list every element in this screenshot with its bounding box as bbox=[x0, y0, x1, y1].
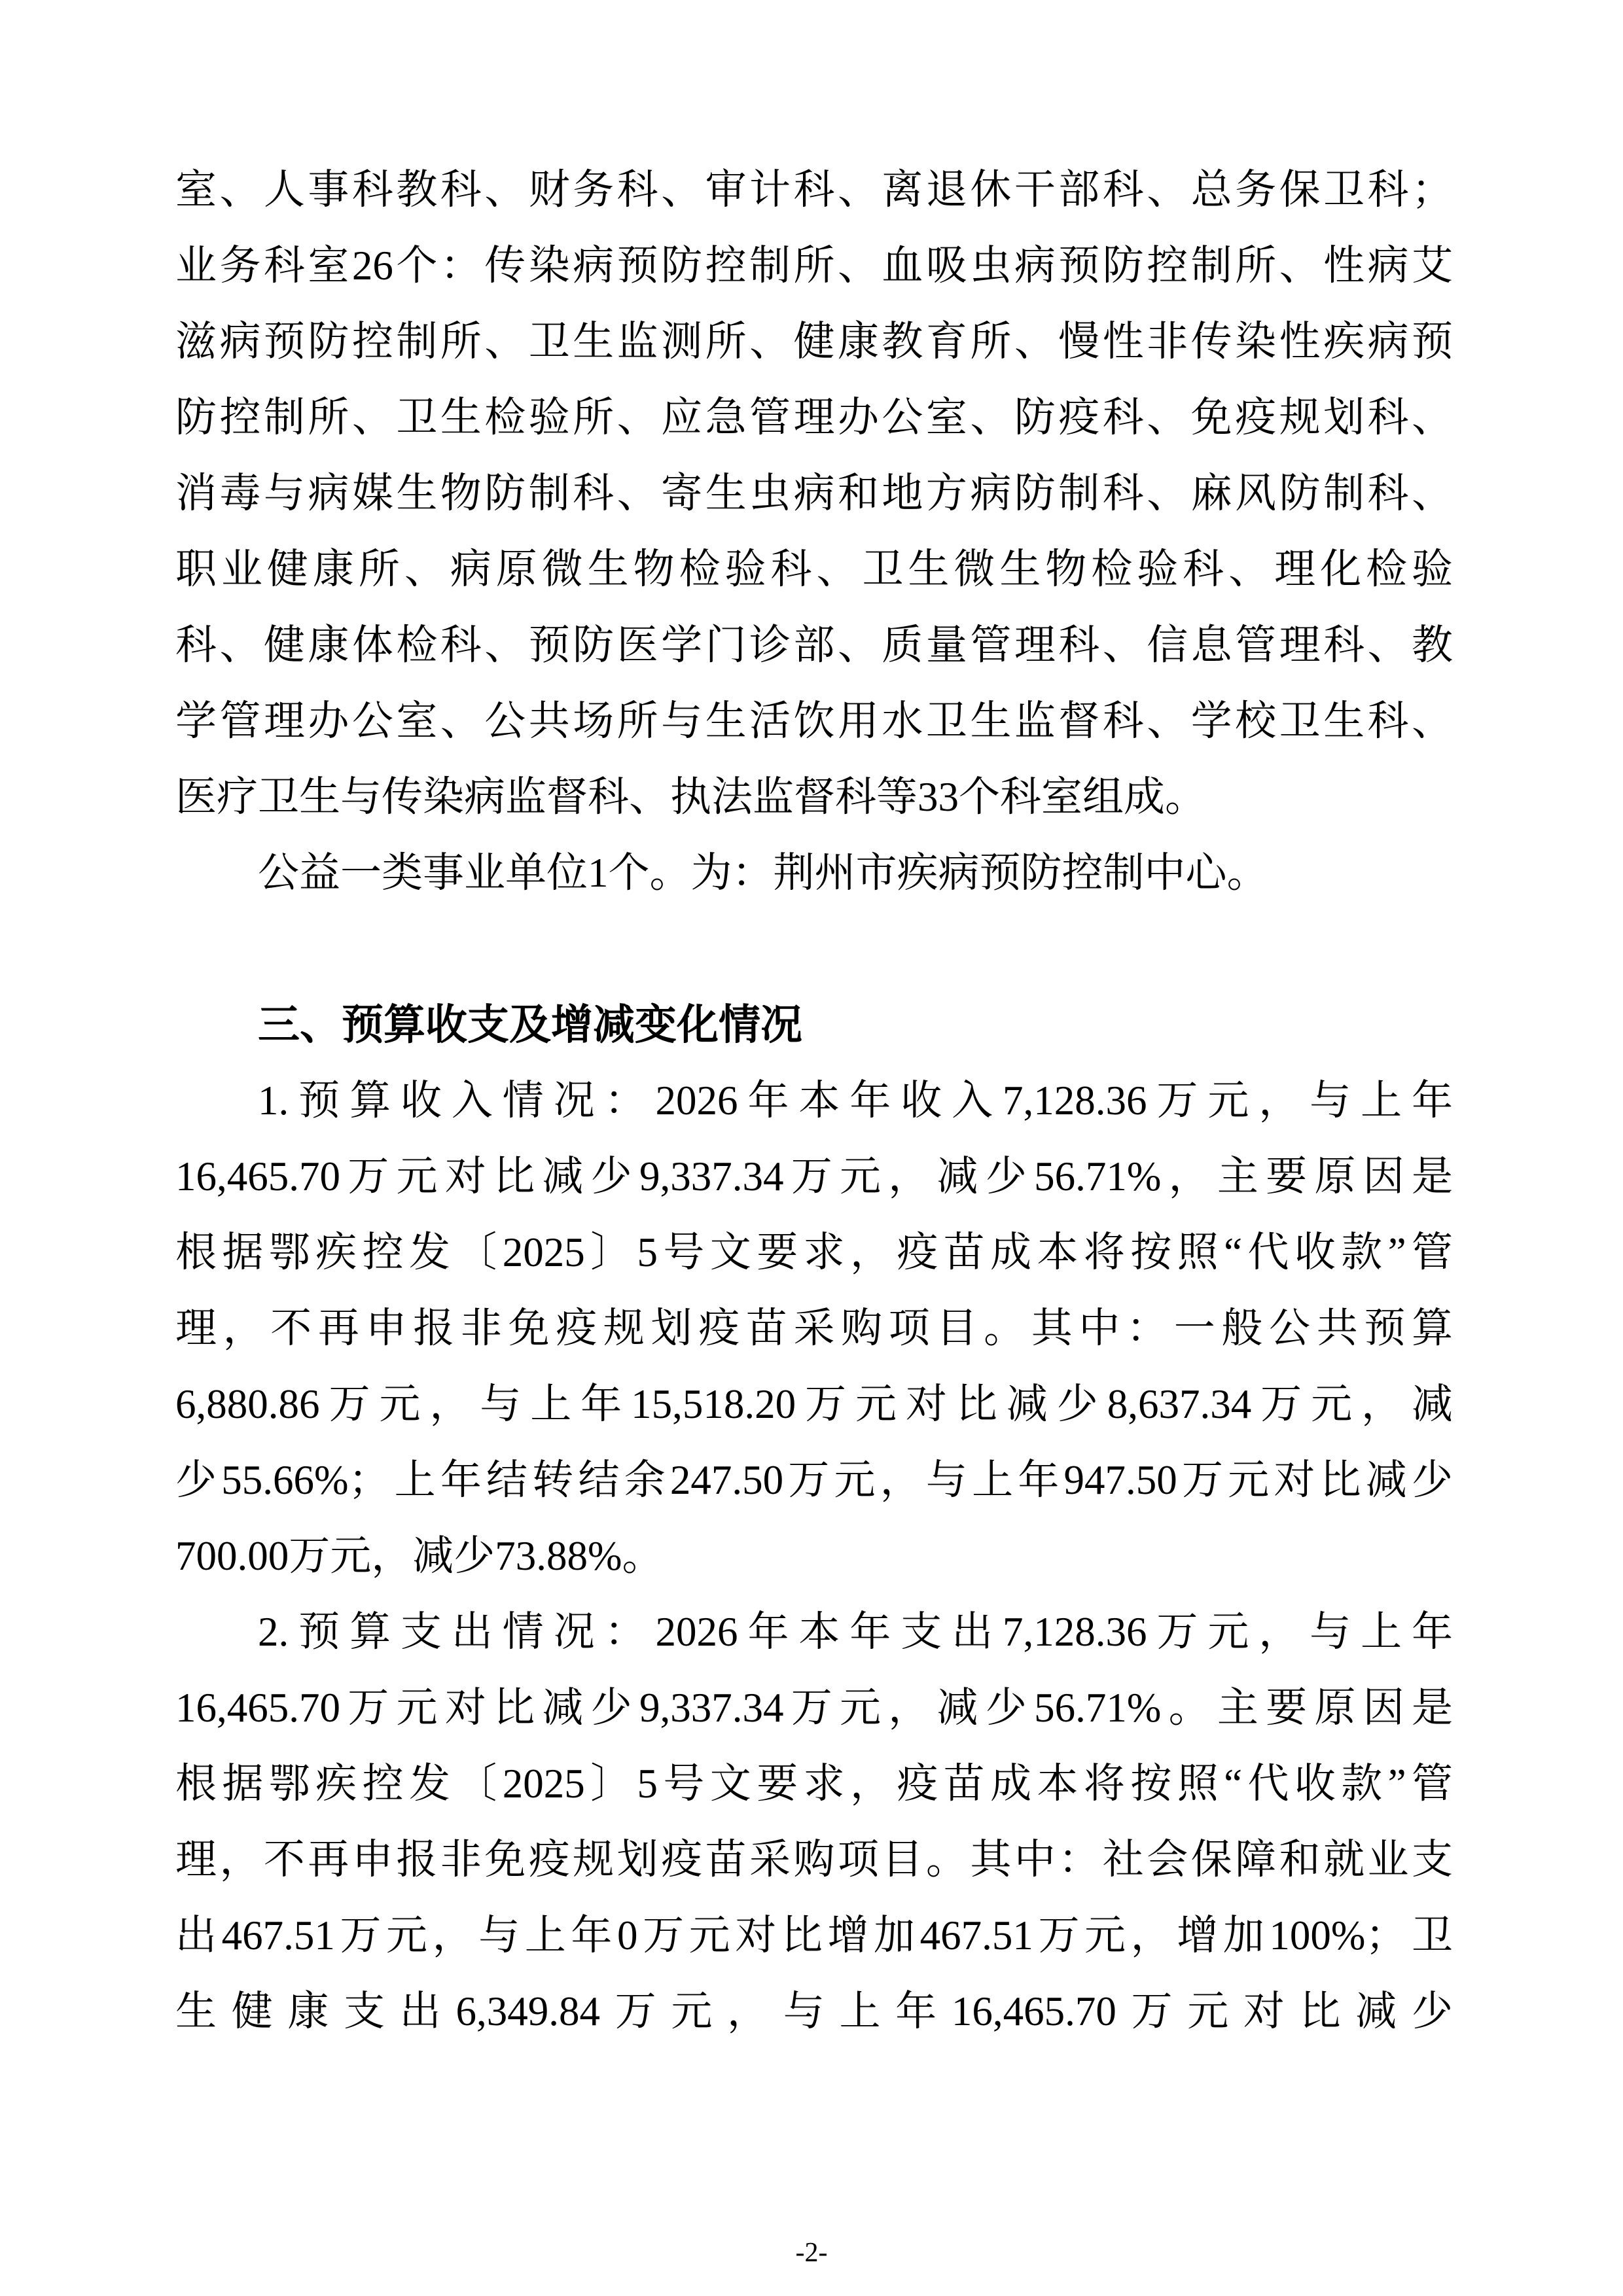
page-number: -2- bbox=[0, 2236, 1623, 2269]
public-institution-line: 公益一类事业单位1个。为：荆州市疾病预防控制中心。 bbox=[175, 835, 1453, 911]
org-structure-line: 防控制所、卫生检验所、应急管理办公室、防疫科、免疫规划科、 bbox=[175, 380, 1453, 455]
org-structure-line: 消毒与病媒生物防制科、寄生虫病和地方病防制科、麻风防制科、 bbox=[175, 455, 1453, 531]
budget-expenditure-line: 根据鄂疾控发〔2025〕5号文要求，疫苗成本将按照“代收款”管 bbox=[175, 1746, 1453, 1822]
org-structure-line: 滋病预防控制所、卫生监测所、健康教育所、慢性非传染性疾病预 bbox=[175, 304, 1453, 380]
document-page-body: 室、人事科教科、财务科、审计科、离退休干部科、总务保卫科； 业务科室26个：传染… bbox=[175, 152, 1453, 2049]
section-heading: 三、预算收支及增减变化情况 bbox=[175, 987, 1453, 1063]
org-structure-line: 业务科室26个：传染病预防控制所、血吸虫病预防控制所、性病艾 bbox=[175, 228, 1453, 304]
org-structure-line: 医疗卫生与传染病监督科、执法监督科等33个科室组成。 bbox=[175, 759, 1453, 835]
org-structure-line: 学管理办公室、公共场所与生活饮用水卫生监督科、学校卫生科、 bbox=[175, 683, 1453, 759]
org-structure-line: 室、人事科教科、财务科、审计科、离退休干部科、总务保卫科； bbox=[175, 152, 1453, 228]
budget-income-line: 少55.66%；上年结转结余247.50万元，与上年947.50万元对比减少 bbox=[175, 1442, 1453, 1518]
budget-expenditure-line: 生健康支出6,349.84万元，与上年16,465.70万元对比减少 bbox=[175, 1973, 1453, 2049]
budget-expenditure-line: 16,465.70万元对比减少9,337.34万元，减少56.71%。主要原因是 bbox=[175, 1670, 1453, 1746]
budget-income-line: 理，不再申报非免疫规划疫苗采购项目。其中：一般公共预算 bbox=[175, 1290, 1453, 1366]
budget-income-line: 根据鄂疾控发〔2025〕5号文要求，疫苗成本将按照“代收款”管 bbox=[175, 1214, 1453, 1290]
budget-income-line: 1.预算收入情况：2026年本年收入7,128.36万元，与上年 bbox=[175, 1063, 1453, 1139]
budget-expenditure-line: 理，不再申报非免疫规划疫苗采购项目。其中：社会保障和就业支 bbox=[175, 1822, 1453, 1898]
budget-expenditure-line: 出467.51万元，与上年0万元对比增加467.51万元，增加100%；卫 bbox=[175, 1898, 1453, 1973]
budget-income-line: 700.00万元，减少73.88%。 bbox=[175, 1518, 1453, 1594]
budget-income-line: 6,880.86万元，与上年15,518.20万元对比减少8,637.34万元，… bbox=[175, 1366, 1453, 1442]
org-structure-line: 职业健康所、病原微生物检验科、卫生微生物检验科、理化检验 bbox=[175, 531, 1453, 607]
org-structure-line: 科、健康体检科、预防医学门诊部、质量管理科、信息管理科、教 bbox=[175, 607, 1453, 683]
budget-expenditure-line: 2.预算支出情况：2026年本年支出7,128.36万元，与上年 bbox=[175, 1594, 1453, 1670]
budget-income-line: 16,465.70万元对比减少9,337.34万元，减少56.71%，主要原因是 bbox=[175, 1139, 1453, 1214]
